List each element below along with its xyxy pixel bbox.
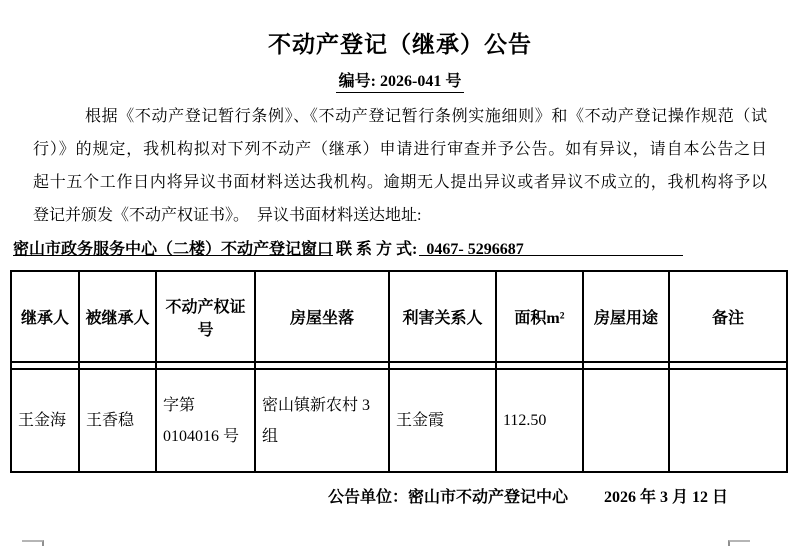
col-header-house-location: 房屋坐落 <box>255 271 389 362</box>
cell-house-location: 密山镇新农村 3 组 <box>255 369 389 472</box>
contact-method-label: 联 系 方 式: <box>336 241 417 258</box>
body-line-4: 登记并颁发《不动产权证书》。 异议书面材料送达地址: <box>33 199 767 232</box>
cell-inheritor: 王金海 <box>11 369 79 472</box>
publisher-text: 公告单位：密山市不动产登记中心 <box>328 489 568 506</box>
page-title: 不动产登记（继承）公告 <box>0 26 800 59</box>
cell-house-use <box>583 369 669 472</box>
cell-interested-party: 王金霞 <box>389 369 496 472</box>
col-header-house-use: 房屋用途 <box>583 271 669 362</box>
body-line-1: 根据《不动产登记暂行条例》、《不动产登记暂行条例实施细则》和《不动产登记操作规范… <box>33 100 767 133</box>
table-header-row: 继承人 被继承人 不动产权证号 房屋坐落 利害关系人 面积m² 房屋用途 备注 <box>11 271 787 362</box>
announcement-document: 不动产登记（继承）公告 编号: 2026-041 号 根据《不动产登记暂行条例》… <box>0 0 800 546</box>
footer-line: 公告单位：密山市不动产登记中心2026 年 3 月 12 日 <box>328 487 728 509</box>
doc-number-line: 编号: 2026-041 号 <box>0 68 800 91</box>
cell-area: 112.50 <box>496 369 583 472</box>
spacer-cell <box>389 362 496 369</box>
spacer-cell <box>79 362 156 369</box>
broken-image-placeholder-icon <box>728 540 750 546</box>
cell-decedent: 王香稳 <box>79 369 156 472</box>
spacer-cell <box>669 362 787 369</box>
col-header-certificate-no: 不动产权证号 <box>156 271 255 362</box>
col-header-decedent: 被继承人 <box>79 271 156 362</box>
spacer-cell <box>496 362 583 369</box>
broken-image-placeholder-icon <box>22 540 44 546</box>
body-line-3: 起十五个工作日内将异议书面材料送达我机构。逾期无人提出异议或者异议不成立的，我机… <box>33 166 767 199</box>
body-paragraph: 根据《不动产登记暂行条例》、《不动产登记暂行条例实施细则》和《不动产登记操作规范… <box>33 100 767 232</box>
spacer-cell <box>156 362 255 369</box>
table-spacer-row <box>11 362 787 369</box>
table-data-row: 王金海 王香稳 字第 0104016 号 密山镇新农村 3 组 王金霞 112.… <box>11 369 787 472</box>
announcement-date: 2026 年 3 月 12 日 <box>604 489 728 506</box>
records-table: 继承人 被继承人 不动产权证号 房屋坐落 利害关系人 面积m² 房屋用途 备注 <box>10 270 788 473</box>
cell-certificate-no: 字第 0104016 号 <box>156 369 255 472</box>
col-header-remarks: 备注 <box>669 271 787 362</box>
spacer-cell <box>255 362 389 369</box>
col-header-area: 面积m² <box>496 271 583 362</box>
doc-number-text: 编号: 2026-041 号 <box>336 73 465 93</box>
col-header-interested-party: 利害关系人 <box>389 271 496 362</box>
delivery-address-text: 密山市政务服务中心（二楼）不动产登记窗口 <box>13 241 333 258</box>
spacer-cell <box>583 362 669 369</box>
cell-remarks <box>669 369 787 472</box>
contact-phone-number: 0467- 5296687 <box>417 241 523 258</box>
col-header-inheritor: 继承人 <box>11 271 79 362</box>
body-line-2: 行）》的规定，我机构拟对下列不动产（继承）申请进行审查并予公告。如有异议，请自本… <box>33 133 767 166</box>
spacer-cell <box>11 362 79 369</box>
delivery-address-line: 密山市政务服务中心（二楼）不动产登记窗口联 系 方 式:0467- 529668… <box>13 233 787 266</box>
